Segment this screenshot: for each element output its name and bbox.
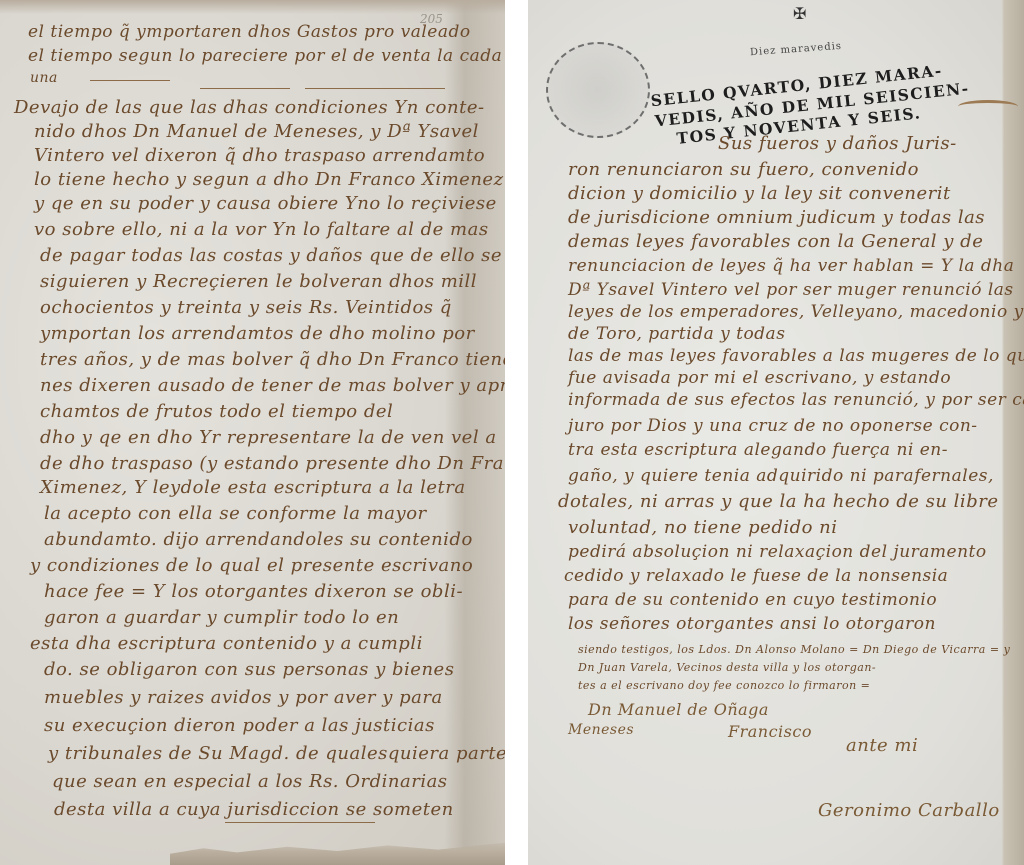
signature: Francisco [728,722,812,741]
manuscript-line: siendo testigos, los Ldos. Dn Alonso Mol… [578,640,1010,660]
cross-mark-icon: ✠ [793,4,806,23]
manuscript-line: Ximenez, Y leydole esta escriptura a la … [40,478,466,498]
manuscript-line: leyes de los emperadores, Velleyano, mac… [568,302,1024,322]
manuscript-line: demas leyes favorables con la General y … [568,232,983,252]
manuscript-line: de dho traspaso (y estando presente dho … [40,454,505,474]
manuscript-line: para de su contenido en cuyo testimonio [568,590,937,610]
manuscript-line: informada de sus efectos las renunció, y… [568,390,1024,410]
rule [200,88,290,89]
manuscript-line: renunciacion de leyes q̃ ha ver hablan =… [568,256,1014,276]
manuscript-line: chamtos de frutos todo el tiempo del [40,402,393,422]
manuscript-line: fue avisada por mi el escrivano, y estan… [568,368,951,388]
manuscript-line: Sus fueros y daños Juris- [718,134,957,154]
manuscript-line: Vintero vel dixeron q̃ dho traspaso arre… [34,146,485,166]
manuscript-line: su execuçion dieron poder a las justicia… [44,716,435,736]
manuscript-line: nido dhos Dn Manuel de Meneses, y Dª Ysa… [34,122,479,142]
manuscript-line: el tiempo segun lo pareciere por el de v… [28,46,502,66]
right-manuscript-page: ✠ Diez maravedis SELLO QVARTO, DIEZ MARA… [528,0,1024,865]
flourish-stroke [958,100,1018,113]
manuscript-line: las de mas leyes favorables a las mugere… [568,346,1024,366]
manuscript-line: dicion y domicilio y la ley sit convener… [568,184,951,204]
manuscript-line: y tribunales de Su Magd. de qualesquiera… [48,744,505,764]
manuscript-line: garon a guardar y cumplir todo lo en [44,608,399,628]
embossed-seal-icon [546,42,650,138]
manuscript-line: ymportan los arrendamtos de dho molino p… [40,324,475,344]
manuscript-line: de pagar todas las costas y daños que de… [40,246,505,266]
signature: Geronimo Carballo [818,800,1000,821]
manuscript-line: tes a el escrivano doy fee conozco lo fi… [578,676,870,696]
manuscript-line: muebles y raizes avidos y por aver y par… [44,688,443,708]
manuscript-line: pedirá absoluçion ni relaxaçion del jura… [568,542,987,562]
manuscript-line: esta dha escriptura contenido y a cumpli [30,634,423,654]
manuscript-line: gaño, y quiere tenia adquirido ni parafe… [568,466,994,486]
signature: Dn Manuel de Oñaga [588,700,769,719]
manuscript-line: los señores otorgantes ansi lo otorgaron [568,614,936,634]
manuscript-line: de Toro, partida y todas [568,324,785,344]
manuscript-line: tra esta escriptura alegando fuerça ni e… [568,440,948,460]
manuscript-line: y condiziones de lo qual el presente esc… [30,556,473,576]
manuscript-line: el tiempo q̃ ymportaren dhos Gastos pro … [28,22,471,42]
manuscript-line: nes dixeren ausado de tener de mas bolve… [40,376,505,396]
left-manuscript-page: 205 el tiempo q̃ ymportaren dhos Gastos … [0,0,505,865]
rule [225,822,375,823]
manuscript-line: do. se obligaron con sus personas y bien… [44,660,454,680]
manuscript-line: hace fee = Y los otorgantes dixeron se o… [44,582,463,602]
signature: Meneses [568,722,634,738]
manuscript-line: juro por Dios y una cruz de no oponerse … [568,416,978,436]
stamp-small-text: Diez maravedis [750,41,843,58]
rule [90,80,170,81]
manuscript-line: ochocientos y treinta y seis Rs. Veintid… [40,298,452,318]
manuscript-line: que sean en especial a los Rs. Ordinaria… [52,772,448,792]
signature: ante mi [846,735,918,756]
manuscript-line: ron renunciaron su fuero, convenido [568,160,919,180]
manuscript-line: Devajo de las que las dhas condiciones Y… [14,98,485,118]
manuscript-line: Dn Juan Varela, Vecinos desta villa y lo… [578,658,876,678]
rule [305,88,445,89]
manuscript-line: abundamto. dijo arrendandoles su conteni… [44,530,473,550]
manuscript-line: la acepto con ella se conforme la mayor [44,504,427,524]
manuscript-line: una [30,68,58,88]
manuscript-line: lo tiene hecho y segun a dho Dn Franco X… [34,170,504,190]
page-gutter [505,0,528,865]
manuscript-line: tres años, y de mas bolver q̃ dho Dn Fra… [40,350,505,370]
manuscript-line: de jurisdicione omnium judicum y todas l… [568,208,985,228]
manuscript-line: Dª Ysavel Vintero vel por ser muger renu… [568,280,1014,300]
manuscript-line: voluntad, no tiene pedido ni [568,518,838,538]
manuscript-line: y qe en su poder y causa obiere Yno lo r… [34,194,497,214]
manuscript-line: dho y qe en dho Yr representare la de ve… [40,428,497,448]
manuscript-line: desta villa a cuya jurisdiccion se somet… [54,800,454,820]
manuscript-line: cedido y relaxado le fuese de la nonsens… [564,566,948,586]
manuscript-line: vo sobre ello, ni a la vor Yn lo faltare… [34,220,489,240]
manuscript-line: dotales, ni arras y que la ha hecho de s… [558,492,998,512]
manuscript-line: siguieren y Recreçieren le bolveran dhos… [40,272,477,292]
